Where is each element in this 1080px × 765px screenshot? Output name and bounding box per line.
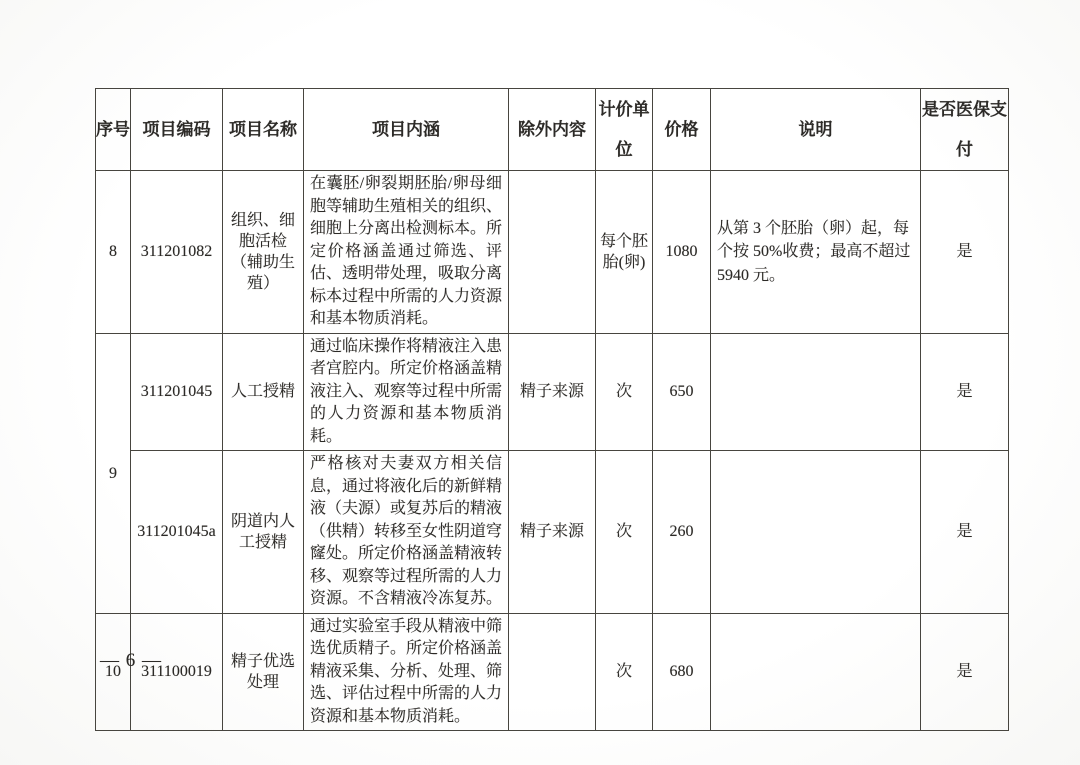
cell-seq: 9 xyxy=(96,333,131,613)
header-exclusion: 除外内容 xyxy=(509,89,596,171)
cell-insurance: 是 xyxy=(921,613,1009,731)
page-number: — 6 — xyxy=(100,650,162,672)
cell-note: 从第 3 个胚胎（卵）起，每个按 50%收费；最高不超过 5940 元。 xyxy=(711,171,921,334)
table-header-row: 序号 项目编码 项目名称 项目内涵 除外内容 计价单位 价格 说明 是否医保支付 xyxy=(96,89,1009,171)
medical-fee-table: 序号 项目编码 项目名称 项目内涵 除外内容 计价单位 价格 说明 是否医保支付… xyxy=(95,88,1009,731)
cell-exclusion xyxy=(509,613,596,731)
cell-insurance: 是 xyxy=(921,333,1009,451)
cell-unit: 次 xyxy=(596,613,653,731)
cell-exclusion: 精子来源 xyxy=(509,333,596,451)
cell-code: 311201082 xyxy=(131,171,223,334)
cell-name: 精子优选处理 xyxy=(223,613,304,731)
cell-price: 680 xyxy=(653,613,711,731)
cell-price: 1080 xyxy=(653,171,711,334)
cell-note xyxy=(711,451,921,614)
cell-code: 311201045 xyxy=(131,333,223,451)
cell-content: 通过实验室手段从精液中筛选优质精子。所定价格涵盖精液采集、分析、处理、筛选、评估… xyxy=(304,613,509,731)
cell-unit: 每个胚胎(卵) xyxy=(596,171,653,334)
cell-exclusion: 精子来源 xyxy=(509,451,596,614)
cell-price: 260 xyxy=(653,451,711,614)
table-row: 311201045a 阴道内人工授精 严格核对夫妻双方相关信息，通过将液化后的新… xyxy=(96,451,1009,614)
cell-name: 组织、细胞活检（辅助生殖） xyxy=(223,171,304,334)
cell-unit: 次 xyxy=(596,333,653,451)
table-row: 10 311100019 精子优选处理 通过实验室手段从精液中筛选优质精子。所定… xyxy=(96,613,1009,731)
cell-unit: 次 xyxy=(596,451,653,614)
cell-content: 严格核对夫妻双方相关信息，通过将液化后的新鲜精液（夫源）或复苏后的精液（供精）转… xyxy=(304,451,509,614)
header-unit: 计价单位 xyxy=(596,89,653,171)
cell-seq: 8 xyxy=(96,171,131,334)
table-row: 8 311201082 组织、细胞活检（辅助生殖） 在囊胚/卵裂期胚胎/卵母细胞… xyxy=(96,171,1009,334)
cell-note xyxy=(711,333,921,451)
cell-name: 人工授精 xyxy=(223,333,304,451)
header-seq: 序号 xyxy=(96,89,131,171)
cell-exclusion xyxy=(509,171,596,334)
header-price: 价格 xyxy=(653,89,711,171)
header-content: 项目内涵 xyxy=(304,89,509,171)
header-code: 项目编码 xyxy=(131,89,223,171)
header-name: 项目名称 xyxy=(223,89,304,171)
cell-insurance: 是 xyxy=(921,451,1009,614)
cell-insurance: 是 xyxy=(921,171,1009,334)
cell-code: 311201045a xyxy=(131,451,223,614)
header-insurance: 是否医保支付 xyxy=(921,89,1009,171)
cell-content: 在囊胚/卵裂期胚胎/卵母细胞等辅助生殖相关的组织、细胞上分离出检测标本。所定价格… xyxy=(304,171,509,334)
cell-note xyxy=(711,613,921,731)
cell-content: 通过临床操作将精液注入患者宫腔内。所定价格涵盖精液注入、观察等过程中所需的人力资… xyxy=(304,333,509,451)
cell-price: 650 xyxy=(653,333,711,451)
cell-name: 阴道内人工授精 xyxy=(223,451,304,614)
document-page: 序号 项目编码 项目名称 项目内涵 除外内容 计价单位 价格 说明 是否医保支付… xyxy=(0,0,1080,765)
header-note: 说明 xyxy=(711,89,921,171)
table-row: 9 311201045 人工授精 通过临床操作将精液注入患者宫腔内。所定价格涵盖… xyxy=(96,333,1009,451)
